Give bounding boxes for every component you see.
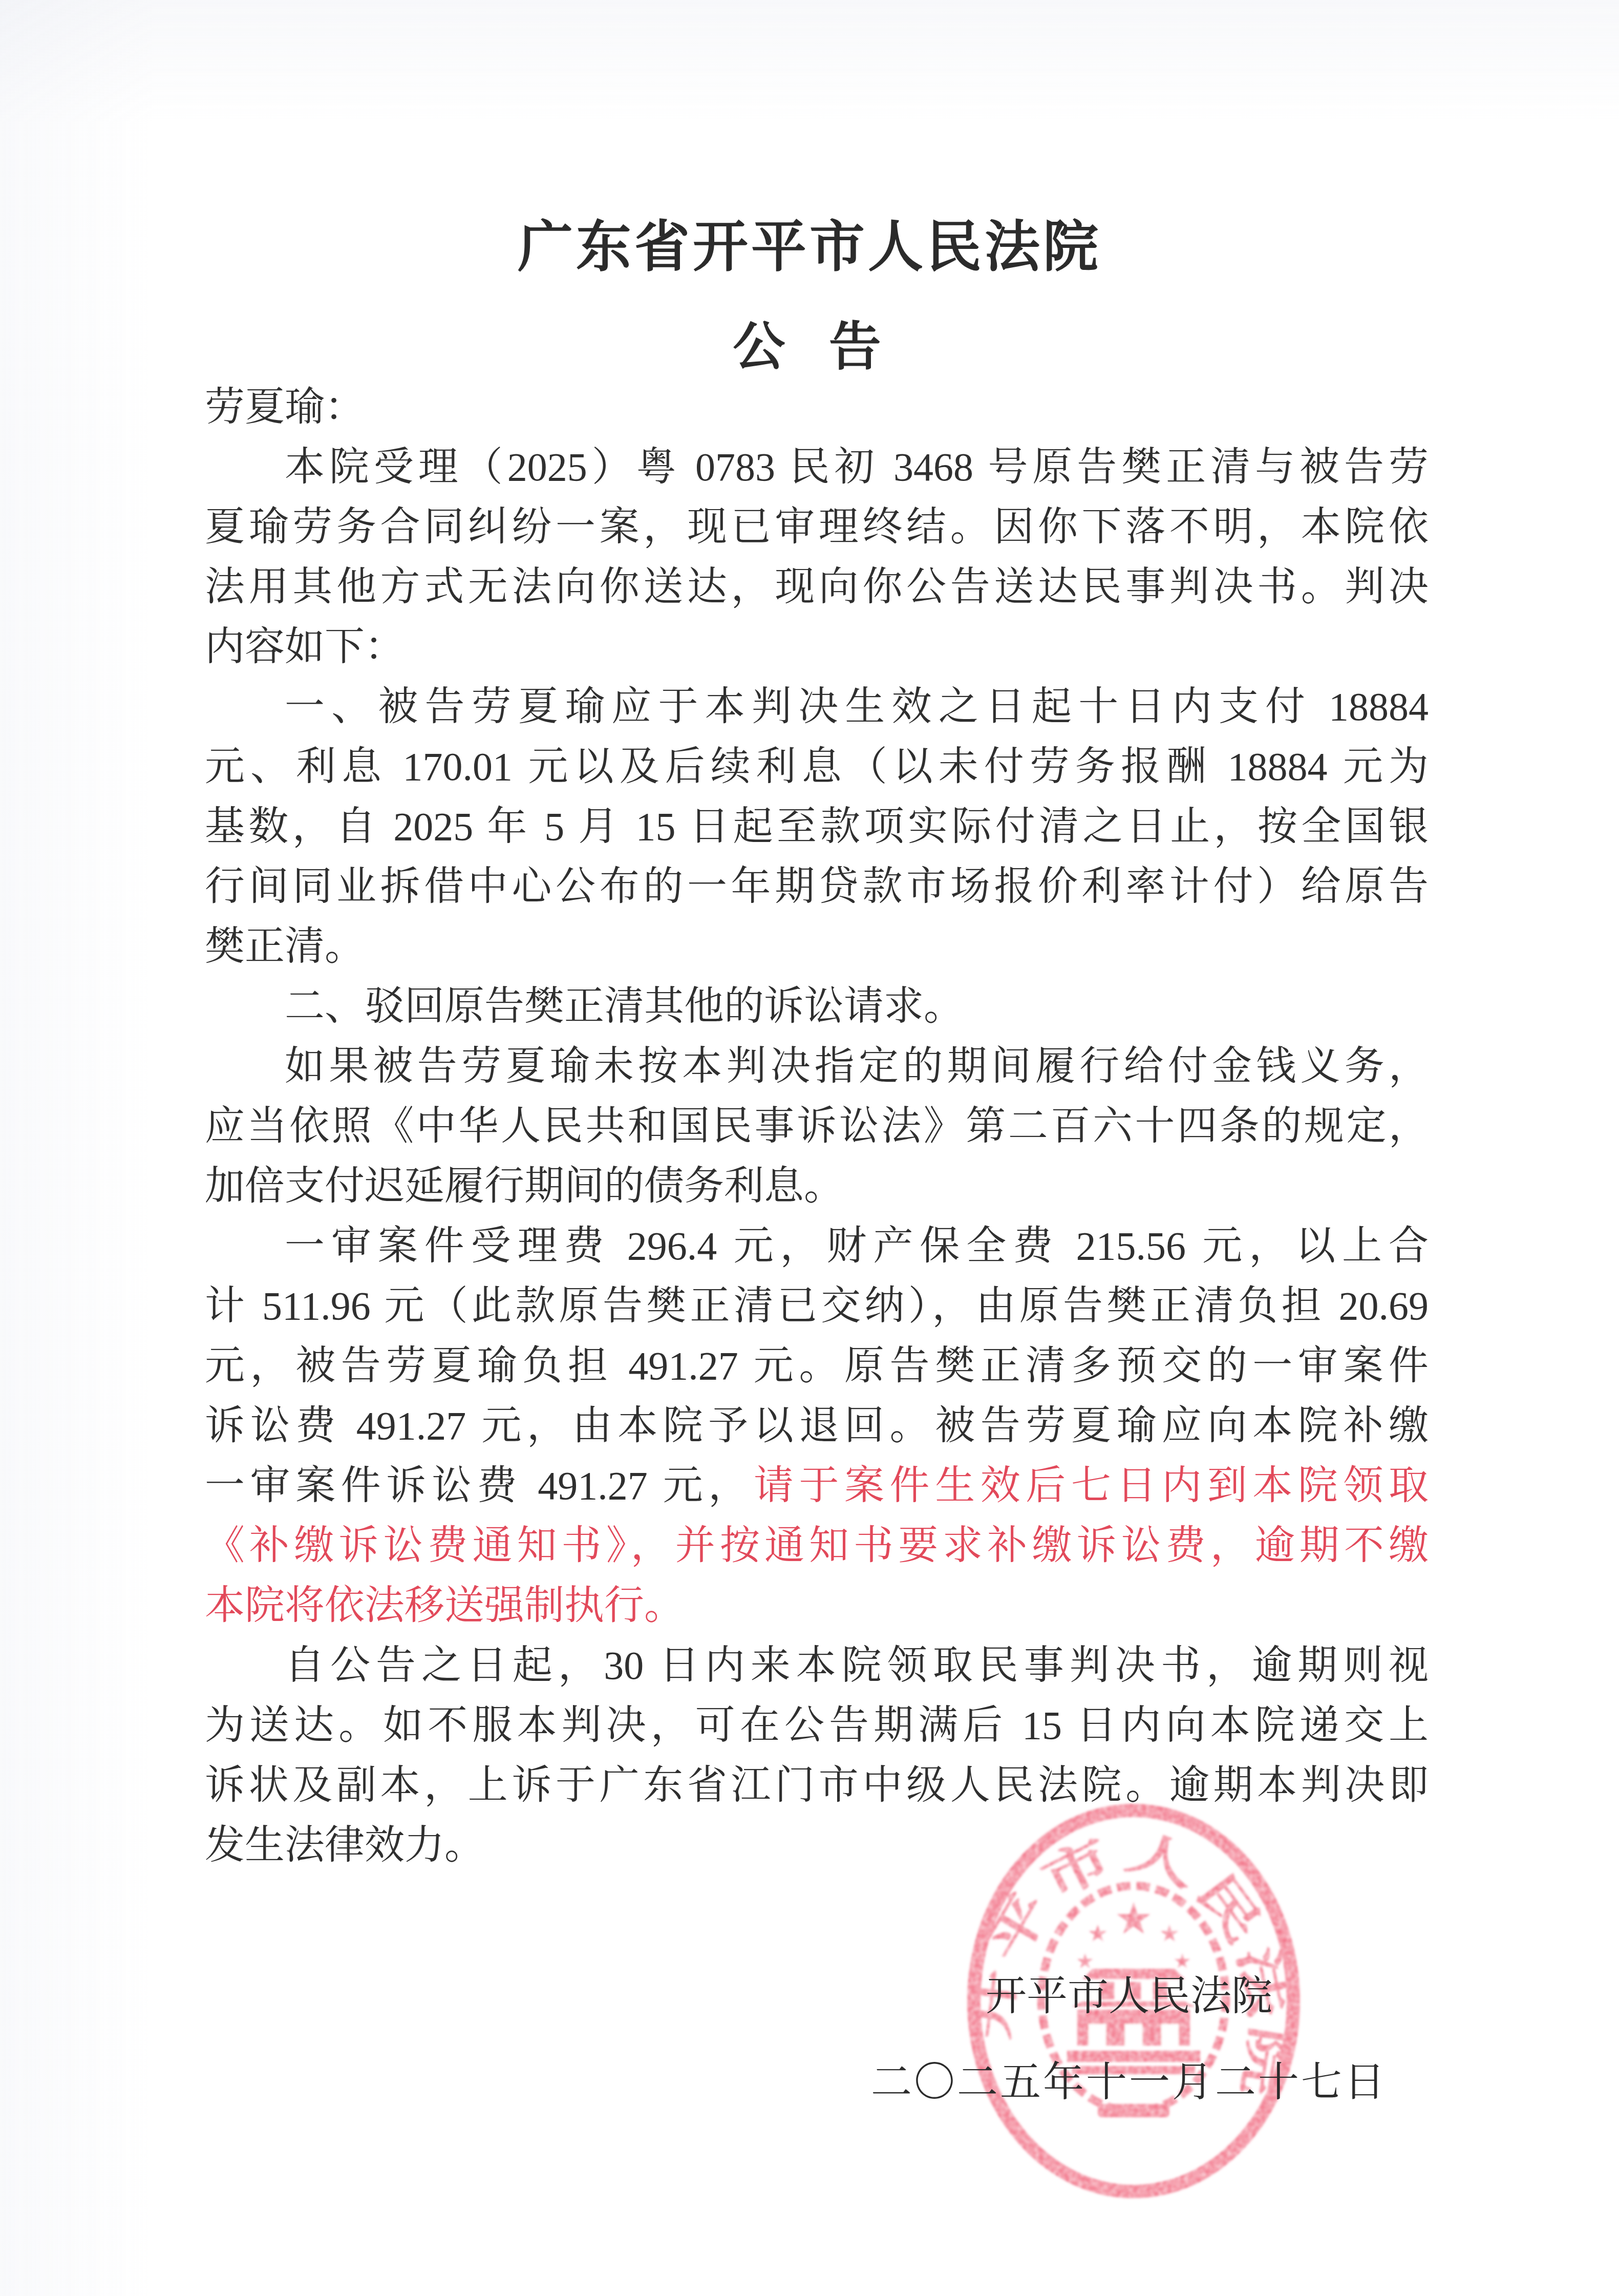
body-text-run: 为送达。如不服本判决，可在公告期满后 15 日内向本院递交上 [205,1703,1429,1747]
red-notice-text-run: 《补缴诉讼费通知书》，并按通知书要求补缴诉讼费，逾期不缴 [205,1523,1429,1568]
body-line: 应当依照《中华人民共和国民事诉讼法》第二百六十四条的规定， [205,1096,1429,1156]
body-text-run: 自公告之日起，30 日内来本院领取民事判决书，逾期则视 [285,1643,1429,1688]
court-name-title: 广东省开平市人民法院 [0,220,1619,276]
body-text-run: 行间同业拆借中心公布的一年期贷款市场报价利率计付）给原告 [205,864,1429,909]
announcement-title: 公 告 [0,322,1619,374]
body-text-run: 樊正清。 [205,924,365,968]
body-text-run: 发生法律效力。 [205,1823,484,1867]
red-notice-text-run: 本院将依法移送强制执行。 [205,1583,684,1628]
body-line: 如果被告劳夏瑜未按本判决指定的期间履行给付金钱义务， [205,1036,1429,1096]
body-line: 劳夏瑜： [205,377,1429,437]
body-text-run: 一审案件诉讼费 491.27 元， [205,1463,754,1508]
body-line: 内容如下： [205,617,1429,677]
document-body: 劳夏瑜：本院受理（2025）粤 0783 民初 3468 号原告樊正清与被告劳夏… [205,377,1429,1875]
body-line: 一审案件诉讼费 491.27 元，请于案件生效后七日内到本院领取 [205,1456,1429,1515]
body-line: 本院将依法移送强制执行。 [205,1575,1429,1635]
body-text-run: 加倍支付迟延履行期间的债务利息。 [205,1164,844,1208]
body-text-run: 计 511.96 元（此款原告樊正清已交纳），由原告樊正清负担 20.69 [205,1283,1429,1328]
body-text-run: 元、利息 170.01 元以及后续利息（以未付劳务报酬 18884 元为 [205,744,1429,789]
body-line: 行间同业拆借中心公布的一年期贷款市场报价利率计付）给原告 [205,856,1429,916]
body-line: 夏瑜劳务合同纠纷一案，现已审理终结。因你下落不明，本院依 [205,497,1429,557]
body-line: 自公告之日起，30 日内来本院领取民事判决书，逾期则视 [205,1635,1429,1695]
body-text-run: 基数，自 2025 年 5 月 15 日起至款项实际付清之日止，按全国银 [205,804,1429,849]
body-text-run: 如果被告劳夏瑜未按本判决指定的期间履行给付金钱义务， [285,1044,1429,1088]
body-text-run: 内容如下： [205,624,404,669]
body-line: 本院受理（2025）粤 0783 民初 3468 号原告樊正清与被告劳 [205,437,1429,497]
body-line: 诉讼费 491.27 元，由本院予以退回。被告劳夏瑜应向本院补缴 [205,1396,1429,1456]
signature-court-name: 开平市人民法院 [850,1976,1408,2017]
body-text-run: 一、被告劳夏瑜应于本判决生效之日起十日内支付 18884 [285,684,1429,729]
body-text-run: 诉讼费 491.27 元，由本院予以退回。被告劳夏瑜应向本院补缴 [205,1403,1429,1448]
body-line: 一、被告劳夏瑜应于本判决生效之日起十日内支付 18884 [205,677,1429,736]
body-text-run: 应当依照《中华人民共和国民事诉讼法》第二百六十四条的规定， [205,1104,1429,1148]
body-text-run: 一审案件受理费 296.4 元，财产保全费 215.56 元，以上合 [285,1224,1429,1268]
announcement-page: 广东省开平市人民法院 公 告 劳夏瑜：本院受理（2025）粤 0783 民初 3… [0,0,1619,2296]
signature-block: 开平市人民法院 二〇二五年十一月二十七日 [850,1976,1408,2103]
body-line: 樊正清。 [205,916,1429,976]
body-line: 法用其他方式无法向你送达，现向你公告送达民事判决书。判决 [205,557,1429,617]
body-text-run: 夏瑜劳务合同纠纷一案，现已审理终结。因你下落不明，本院依 [205,504,1429,549]
body-text-run: 元，被告劳夏瑜负担 491.27 元。原告樊正清多预交的一审案件 [205,1343,1429,1388]
body-line: 二、驳回原告樊正清其他的诉讼请求。 [205,976,1429,1036]
body-line: 计 511.96 元（此款原告樊正清已交纳），由原告樊正清负担 20.69 [205,1276,1429,1336]
red-notice-text-run: 请于案件生效后七日内到本院领取 [754,1463,1429,1508]
body-line: 一审案件受理费 296.4 元，财产保全费 215.56 元，以上合 [205,1216,1429,1276]
signature-date: 二〇二五年十一月二十七日 [850,2062,1408,2103]
body-line: 《补缴诉讼费通知书》，并按通知书要求补缴诉讼费，逾期不缴 [205,1515,1429,1575]
body-text-run: 劳夏瑜： [205,385,365,429]
body-line: 为送达。如不服本判决，可在公告期满后 15 日内向本院递交上 [205,1695,1429,1755]
body-text-run: 本院受理（2025）粤 0783 民初 3468 号原告樊正清与被告劳 [285,445,1429,489]
body-line: 元、利息 170.01 元以及后续利息（以未付劳务报酬 18884 元为 [205,736,1429,796]
body-line: 元，被告劳夏瑜负担 491.27 元。原告樊正清多预交的一审案件 [205,1336,1429,1396]
body-line: 加倍支付迟延履行期间的债务利息。 [205,1156,1429,1216]
body-text-run: 二、驳回原告樊正清其他的诉讼请求。 [285,984,964,1028]
body-line: 基数，自 2025 年 5 月 15 日起至款项实际付清之日止，按全国银 [205,796,1429,856]
body-text-run: 法用其他方式无法向你送达，现向你公告送达民事判决书。判决 [205,564,1429,609]
